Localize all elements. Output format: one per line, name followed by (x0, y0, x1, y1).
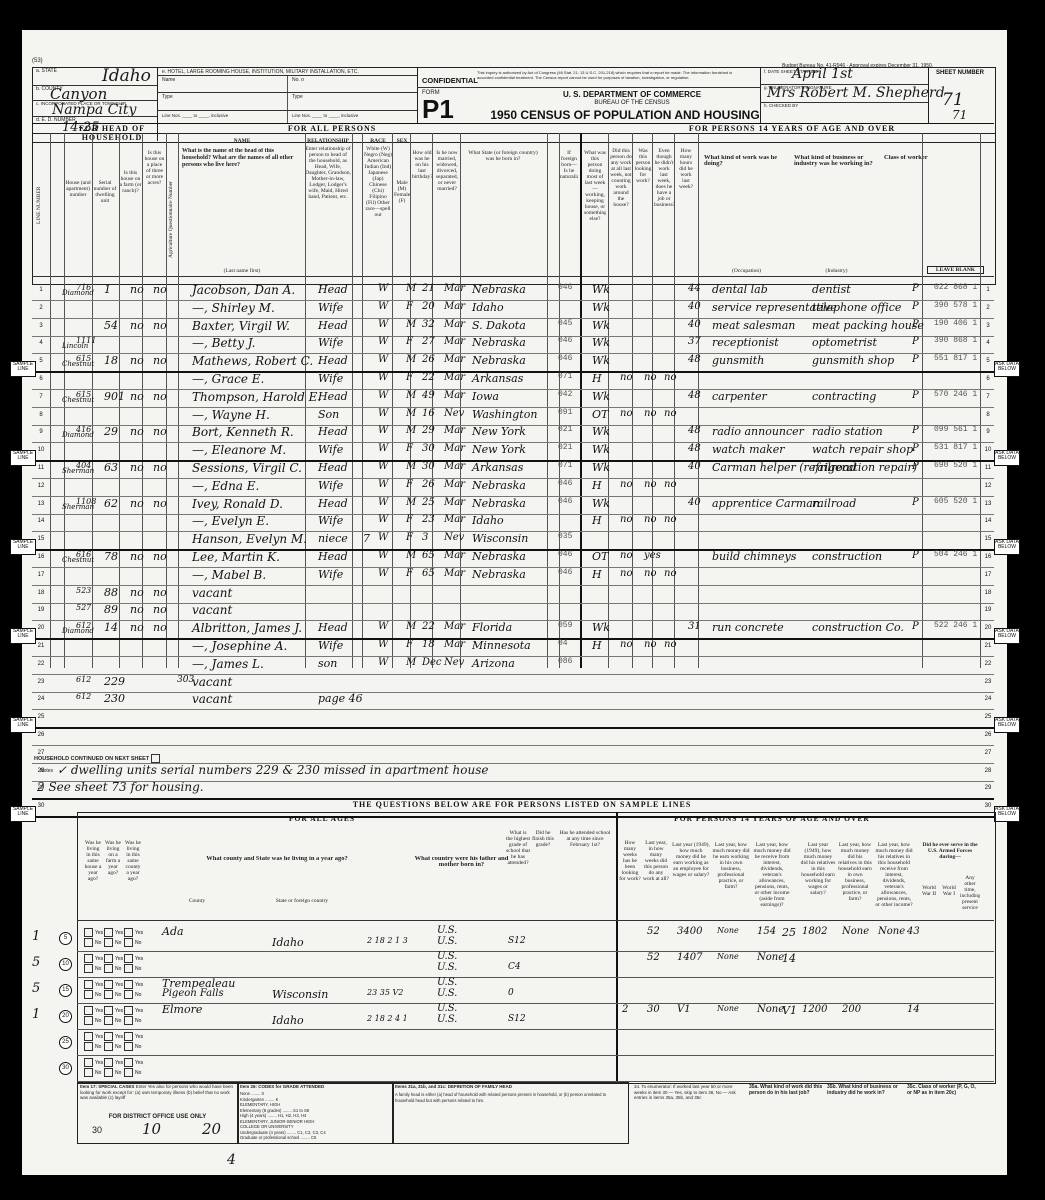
cell-rel: niece (318, 532, 348, 545)
cell-marital: Nev (444, 408, 464, 419)
table-row: 2626 (32, 727, 994, 746)
cell-class: P (912, 301, 919, 312)
table-row: 191952789nonovacant (32, 602, 994, 621)
cell-q16: no (620, 568, 632, 579)
sample-row: 30YesNoYesNoYesNo (77, 1055, 994, 1082)
cell-q18: no (664, 408, 676, 419)
cell-class: P (912, 497, 919, 508)
cell-code_c: 690 520 1 (934, 461, 977, 470)
cell-code_b: 046 (558, 354, 572, 363)
cell-industry: watch repair shop (812, 443, 913, 456)
yes-no-checkbox-c23[interactable]: YesNo (124, 1058, 143, 1078)
line-number-right: 10 (982, 447, 994, 453)
cell-code_b: 046 (558, 283, 572, 292)
sample-cell-code_g: 14 (907, 1004, 920, 1015)
q35b-text: 35b. What kind of business or industry d… (827, 1084, 902, 1096)
cell-farm: no (130, 497, 144, 510)
cell-age: 21 (422, 283, 435, 294)
col-33b-header: World War I (940, 885, 958, 897)
yes-no-checkbox-c21[interactable]: YesNo (84, 1058, 103, 1078)
sample-cell-rel_wages: 1802 (802, 926, 827, 937)
sample-cell-weeks_worked: 52 (647, 952, 660, 963)
cell-class: P (912, 390, 919, 401)
cell-hours: 48 (688, 390, 701, 401)
cell-sex: F (406, 568, 413, 579)
line-number-right: 15 (982, 536, 994, 542)
cell-code_c: 570 246 1 (934, 390, 977, 399)
cell-acres: no (153, 390, 167, 403)
state-label: a. STATE (36, 68, 57, 74)
cell-industry: railroad (812, 497, 856, 510)
divider (928, 67, 929, 123)
yes-no-checkbox-c23[interactable]: YesNo (124, 928, 143, 948)
cell-occupation: radio announcer (712, 425, 804, 438)
cell-serial: 78 (104, 550, 118, 563)
cell-name: Hanson, Evelyn M. (192, 532, 307, 546)
cell-age: 16 (422, 408, 435, 419)
cell-farm: no (130, 461, 144, 474)
col-7-title: NAME (182, 138, 302, 144)
cell-code_b: 046 (558, 336, 572, 345)
cell-marital: Nev (444, 657, 464, 668)
cell-class: P (912, 336, 919, 347)
yes-no-checkbox-c23[interactable]: YesNo (124, 1032, 143, 1052)
table-row: 99Diamond41629nonoBort, Kenneth R.HeadWM… (32, 424, 994, 443)
grade-codes-list: None ........ 0Kindergarten ........ KEL… (240, 1091, 390, 1141)
cell-activity: Wk (592, 425, 610, 438)
cell-q18: no (664, 568, 676, 579)
cell-q16: no (620, 408, 632, 419)
cell-birthplace: Nebraska (472, 497, 526, 510)
cell-acres: no (153, 425, 167, 438)
cell-q17: no (644, 639, 656, 650)
col-27-header: Did he finish this grade? (532, 830, 554, 848)
sample-row: 15YesNoYesNoYesNoAdaIdaho2 18 2 1 3U.S.U… (77, 925, 994, 952)
cell-race: W (378, 550, 388, 561)
cell-house: 615 (76, 354, 91, 363)
col-8-title: RELATIONSHIP (305, 138, 351, 144)
cell-activity: Wk (592, 461, 610, 474)
cell-name: vacant (192, 586, 232, 600)
cell-sex: F (406, 336, 413, 347)
cell-occupation: gunsmith (712, 354, 764, 367)
cell-rel: Head (318, 550, 348, 563)
table-row: 22—, Shirley M.WifeWF20MarIdahoWk40servi… (32, 300, 994, 319)
cell-age: 3 (422, 532, 428, 543)
yes-no-checkbox-c23[interactable]: YesNo (124, 980, 143, 1000)
cell-marital: Mar (444, 621, 465, 632)
cell-rel: Head (318, 621, 348, 634)
cell-hours: 31 (688, 621, 701, 632)
cell-age: 65 (422, 568, 435, 579)
cell-code_b: 086 (558, 657, 572, 666)
line-number: 26 (32, 732, 50, 738)
grade-codes-title: Item 26: CODES for GRADE ATTENDED (240, 1084, 324, 1089)
line-number-right: 14 (982, 518, 994, 524)
cell-class: P (912, 425, 919, 436)
line-number-right: 29 (982, 785, 994, 791)
cell-name: vacant (192, 692, 232, 706)
cell-marital: Mar (444, 497, 465, 508)
yes-no-checkbox-c22[interactable]: YesNo (104, 1058, 123, 1078)
ask-data-below-badge: ASK DATA BELOW (994, 717, 1020, 733)
cell-name: —, Betty J. (192, 336, 255, 350)
cell-code_c: 504 246 1 (934, 550, 977, 559)
cell-rel: Wife (318, 336, 343, 349)
cell-q18: no (664, 479, 676, 490)
table-row: 1313Sherman110862nonoIvey, Ronald D.Head… (32, 496, 994, 515)
cell-q16: no (620, 479, 632, 490)
cell-sex: M (406, 461, 416, 472)
cell-activity: H (592, 568, 602, 581)
yes-no-checkbox-c21[interactable]: YesNo (84, 1032, 103, 1052)
col-20c-header: Class of worker (884, 155, 934, 161)
cell-industry: meat packing house (812, 319, 924, 332)
table-row: 11Diamond7161nonoJacobson, Dan A.HeadWM2… (32, 282, 994, 301)
col-17-header: Was this person looking for work? (634, 148, 652, 184)
cell-serial: 88 (104, 586, 118, 599)
cell-house: 404 (76, 461, 91, 470)
occupation-label: (Occupation) (704, 268, 789, 274)
cell-sex: M (406, 390, 416, 401)
line-number: 19 (32, 607, 50, 613)
table-row: 1616Chestnut61678nonoLee, Martin K.HeadW… (32, 549, 994, 568)
cell-name: —, Evelyn E. (192, 514, 269, 528)
col-29-header: How many weeks has he been looking for w… (619, 840, 641, 882)
table-row: 2222—, James L.sonWMDecNevArizona086 (32, 656, 994, 675)
cell-rel: Head (318, 283, 348, 296)
line-number: 11 (32, 465, 50, 471)
divider (157, 92, 417, 93)
cell-name: vacant (192, 603, 232, 617)
cell-code_b: 046 (558, 550, 572, 559)
cell-name: —, Wayne H. (192, 408, 270, 422)
grade-code-line: Graduate or professional school ........… (240, 1135, 390, 1141)
cell-name: vacant (192, 675, 232, 689)
col-9-title: RACE (364, 138, 392, 144)
sample-cell-mother: U.S. (437, 936, 457, 947)
cell-name: —, Edna E. (192, 479, 259, 493)
line-number-right: 3 (982, 323, 994, 329)
cell-race: W (378, 390, 388, 401)
cell-code_b: 091 (558, 408, 572, 417)
cell-rel: Head (318, 354, 348, 367)
divider (287, 75, 288, 123)
cell-acres: no (153, 550, 167, 563)
cell-farm: no (130, 425, 144, 438)
family-head-title: Items 31a, 31b, and 31c: DEFINITION OF F… (395, 1084, 625, 1089)
col-25-header: What country were his father and mother … (414, 856, 509, 868)
sample-cell-grade: 0 (508, 988, 514, 998)
tally-mark: 5 (32, 981, 40, 996)
line-number-right: 4 (982, 340, 994, 346)
yes-no-checkbox-c21[interactable]: YesNo (84, 954, 103, 974)
sample-line-number: 30 (59, 1062, 72, 1075)
cell-farm: no (130, 621, 144, 634)
cell-hours: 48 (688, 354, 701, 365)
notes-label: Notes (40, 768, 53, 774)
cell-marital: Mar (444, 568, 465, 579)
cell-marital: Mar (444, 390, 465, 401)
sample-line-number: 20 (59, 1010, 72, 1023)
ask-data-below-badge: ASK DATA BELOW (994, 628, 1020, 644)
table-row: 2424612230vacantpage 46 (32, 691, 994, 710)
cell-code_c: 605 520 1 (934, 497, 977, 506)
note-1: ✓ dwelling units serial numbers 229 & 23… (57, 763, 489, 777)
sample-cell-business: None (717, 1004, 739, 1013)
cell-code_b: 046 (558, 479, 572, 488)
cell-class: P (912, 550, 919, 561)
yes-no-checkbox-c22[interactable]: YesNo (104, 980, 123, 1000)
sample-cell-code_g: 43 (907, 926, 920, 937)
cell-age: 27 (422, 336, 435, 347)
cell-name: Mathews, Robert C. (192, 354, 313, 368)
cell-q18: no (664, 639, 676, 650)
table-row: 77Chestnut615901nonoThompson, Harold E.H… (32, 389, 994, 408)
col-8-header: Enter relationship of person to head of … (305, 146, 351, 200)
line-number: 14 (32, 518, 50, 524)
cell-age: 20 (422, 301, 435, 312)
sample-cell-mother: U.S. (437, 1014, 457, 1025)
sample-cell-code_f: V1 (782, 1004, 797, 1017)
line-number-right: 1 (982, 287, 994, 293)
cell-rel: Wife (318, 443, 343, 456)
cell-code_b: 059 (558, 621, 572, 630)
yes-no-checkbox-c23[interactable]: YesNo (124, 1006, 143, 1026)
table-row: 44Lincoln1111—, Betty J.WifeWF27MarNebra… (32, 335, 994, 354)
cell-activity: H (592, 479, 602, 492)
cell-occupation: build chimneys (712, 550, 796, 563)
cell-rel: Son (318, 408, 339, 421)
cell-birthplace: Nebraska (472, 283, 526, 296)
col-28-header: Has he attended school at any time since… (558, 830, 612, 848)
cell-activity: OT (592, 408, 608, 421)
yes-no-checkbox-c21[interactable]: YesNo (84, 980, 103, 1000)
cell-race: W (378, 372, 388, 383)
line-number-right: 26 (982, 732, 994, 738)
line-number: 1 (32, 287, 50, 293)
sample-cell-rel_business: None (842, 926, 869, 937)
cell-race: W (378, 336, 388, 347)
table-row: 2323612229303vacant (32, 674, 994, 693)
col-3-header: Serial number of dwelling unit (92, 180, 118, 204)
cell-marital: Mar (444, 319, 465, 330)
cell-q16: no (620, 372, 632, 383)
cell-serial: 89 (104, 603, 118, 616)
cell-sex: M (406, 283, 416, 294)
cell-marital: Mar (444, 461, 465, 472)
cell-house: 615 (76, 390, 91, 399)
line-number: 17 (32, 572, 50, 578)
cell-house: 1111 (76, 336, 96, 345)
special-cases: Item 17: SPECIAL CASES Enter Yes also fo… (80, 1084, 235, 1101)
line-number-right: 6 (982, 376, 994, 382)
tally-mark: 5 (32, 955, 40, 970)
cell-house: 416 (76, 425, 91, 434)
cell-marital: Mar (444, 639, 465, 650)
cell-class: P (912, 621, 919, 632)
cell-rel: Wife (318, 479, 343, 492)
line-number-right: 30 (982, 803, 994, 809)
checked-label: h. CHECKED BY (764, 103, 798, 108)
cell-birthplace: S. Dakota (472, 319, 526, 332)
yes-no-checkbox-c23[interactable]: YesNo (124, 954, 143, 974)
cell-rel: Wife (318, 301, 343, 314)
cell-sex: F (406, 301, 413, 312)
cell-birthplace: Washington (472, 408, 537, 421)
cell-farm: no (130, 586, 144, 599)
sample-cell-code_d: 23 35 V2 (367, 988, 403, 997)
sample-cell-code_d: 2 18 2 4 1 (367, 1014, 408, 1023)
cell-serial: 229 (104, 675, 125, 688)
line-number-right: 11 (982, 465, 994, 471)
line-number-right: 22 (982, 661, 994, 667)
cell-code_c: 531 817 1 (934, 443, 977, 452)
sample-cell-state: Idaho (272, 936, 304, 949)
line-number-right: 9 (982, 429, 994, 435)
line-number-right: 13 (982, 501, 994, 507)
line-number-right: 27 (982, 750, 994, 756)
cell-industry: railroad (812, 461, 856, 474)
industry-label: (Industry) (794, 268, 879, 274)
cell-farm: no (130, 550, 144, 563)
line-number-right: 28 (982, 768, 994, 774)
cell-age: 49 (422, 390, 435, 401)
cell-q18: no (664, 372, 676, 383)
cell-birthplace: Wisconsin (472, 532, 528, 545)
cell-hours: 37 (688, 336, 701, 347)
line-number-right: 19 (982, 607, 994, 613)
yes-no-checkbox-c22[interactable]: YesNo (104, 1032, 123, 1052)
enumerator-signature: Mrs Robert M. Shepherd (767, 85, 945, 101)
cell-hours: 48 (688, 425, 701, 436)
line-number: 6 (32, 376, 50, 382)
line-nos: Line Nos. ____ to ____, inclusive (162, 113, 228, 118)
divider (417, 87, 760, 88)
col-13-header: What State (or foreign country) was he b… (464, 150, 542, 162)
table-row: 66—, Grace E.WifeWF22MarArkansas071Hnono… (32, 371, 994, 390)
cell-birthplace: Idaho (472, 301, 504, 314)
cell-birthplace: Nebraska (472, 336, 526, 349)
cell-activity: H (592, 514, 602, 527)
cell-q16: no (620, 550, 632, 561)
cell-name: Bort, Kenneth R. (192, 425, 294, 439)
line-number-right: 16 (982, 554, 994, 560)
col-31a-header: Last year (1949), how much money did he … (672, 842, 710, 878)
table-row: 3354nonoBaxter, Virgil W.HeadWM32MarS. D… (32, 318, 994, 337)
line-number-right: 12 (982, 483, 994, 489)
divider (32, 276, 994, 277)
cell-race: W (378, 657, 388, 668)
cell-house: 612 (76, 621, 91, 630)
divider (77, 920, 994, 921)
cell-q17: no (644, 479, 656, 490)
table-row: 181852388nonovacant (32, 585, 994, 604)
cell-name: —, Shirley M. (192, 301, 275, 315)
sample-cell-mother: U.S. (437, 988, 457, 999)
yes-no-checkbox-c22[interactable]: YesNo (104, 954, 123, 974)
col-14-header: If foreign born— Is he naturalized? (560, 150, 578, 180)
col-4-header: Is this house on a farm (or ranch)? (119, 170, 142, 194)
table-row: 1414—, Evelyn E.WifeWF23MarIdahoHnonono (32, 513, 994, 532)
cell-rel: Head (318, 425, 348, 438)
cell-code_c: 022 868 1 (934, 283, 977, 292)
cell-industry: gunsmith shop (812, 354, 894, 367)
col-33a-header: World War II (920, 885, 938, 897)
type-label: Type (162, 94, 173, 100)
cell-house: 527 (76, 603, 91, 612)
cell-sex: M (406, 354, 416, 365)
cell-occupation: meat salesman (712, 319, 795, 332)
col-32b-header: Last year, how much money did his relati… (838, 842, 872, 902)
cell-birthplace: Arkansas (472, 461, 523, 474)
cell-name: —, James L. (192, 657, 264, 671)
col-24-header: What county and State was he living in a… (182, 856, 372, 862)
cell-code_c: 390 578 1 (934, 301, 977, 310)
cell-acres: no (153, 497, 167, 510)
cell-sex: F (406, 639, 413, 650)
sample-cell-rel_business: 200 (842, 1004, 861, 1015)
cell-serial: 1 (104, 283, 111, 296)
cell-race: W (378, 639, 388, 650)
sample-cell-father: U.S. (437, 925, 457, 936)
table-row: 1717—, Mabel B.WifeWF65MarNebraska046Hno… (32, 567, 994, 586)
yes-no-checkbox-c22[interactable]: YesNo (104, 928, 123, 948)
cell-rel: Wife (318, 568, 343, 581)
cell-serial: 62 (104, 497, 118, 510)
line-number-right: 23 (982, 679, 994, 685)
yes-no-checkbox-c21[interactable]: YesNo (84, 928, 103, 948)
cell-marital: Mar (444, 336, 465, 347)
cell-code_b: 021 (558, 443, 572, 452)
cell-industry: radio station (812, 425, 883, 438)
sheet-number-label: SHEET NUMBER (932, 70, 988, 76)
line-number-right: 21 (982, 643, 994, 649)
cell-serial: 54 (104, 319, 118, 332)
sample-cell-wages: 3400 (677, 926, 702, 937)
cell-acres: no (153, 621, 167, 634)
cell-code_b: 035 (558, 532, 572, 541)
cell-serial: 230 (104, 692, 125, 705)
cell-activity: Wk (592, 443, 610, 456)
yes-no-checkbox-c21[interactable]: YesNo (84, 1006, 103, 1026)
col-5-header: Is this house on a place of three or mor… (144, 150, 165, 186)
cell-class: P (912, 319, 919, 330)
cell-farm: no (130, 390, 144, 403)
line-number-right: 24 (982, 696, 994, 702)
date-value: April 1st (792, 66, 853, 82)
cell-birthplace: Nebraska (472, 479, 526, 492)
household-continued-checkbox[interactable] (151, 754, 160, 763)
cell-age: 25 (422, 497, 435, 508)
cell-rel: Head (318, 390, 348, 403)
cell-activity: Wk (592, 283, 610, 296)
sample-cell-county: Elmore (162, 1003, 202, 1016)
line-number: 2 (32, 305, 50, 311)
line-number-right: 18 (982, 590, 994, 596)
divider (760, 67, 761, 123)
cell-sex: M (406, 657, 416, 668)
cell-race: W (378, 568, 388, 579)
cell-hours: 40 (688, 461, 701, 472)
department: U. S. DEPARTMENT OF COMMERCE (522, 90, 742, 99)
col-33c-header: Any other time, including present servic… (960, 875, 980, 911)
sample-cell-rel_wages: 1200 (802, 1004, 827, 1015)
yes-no-checkbox-c22[interactable]: YesNo (104, 1006, 123, 1026)
cell-house: 1108 (76, 497, 96, 506)
cell-marital: Mar (444, 301, 465, 312)
cell-serial: 14 (104, 621, 118, 634)
